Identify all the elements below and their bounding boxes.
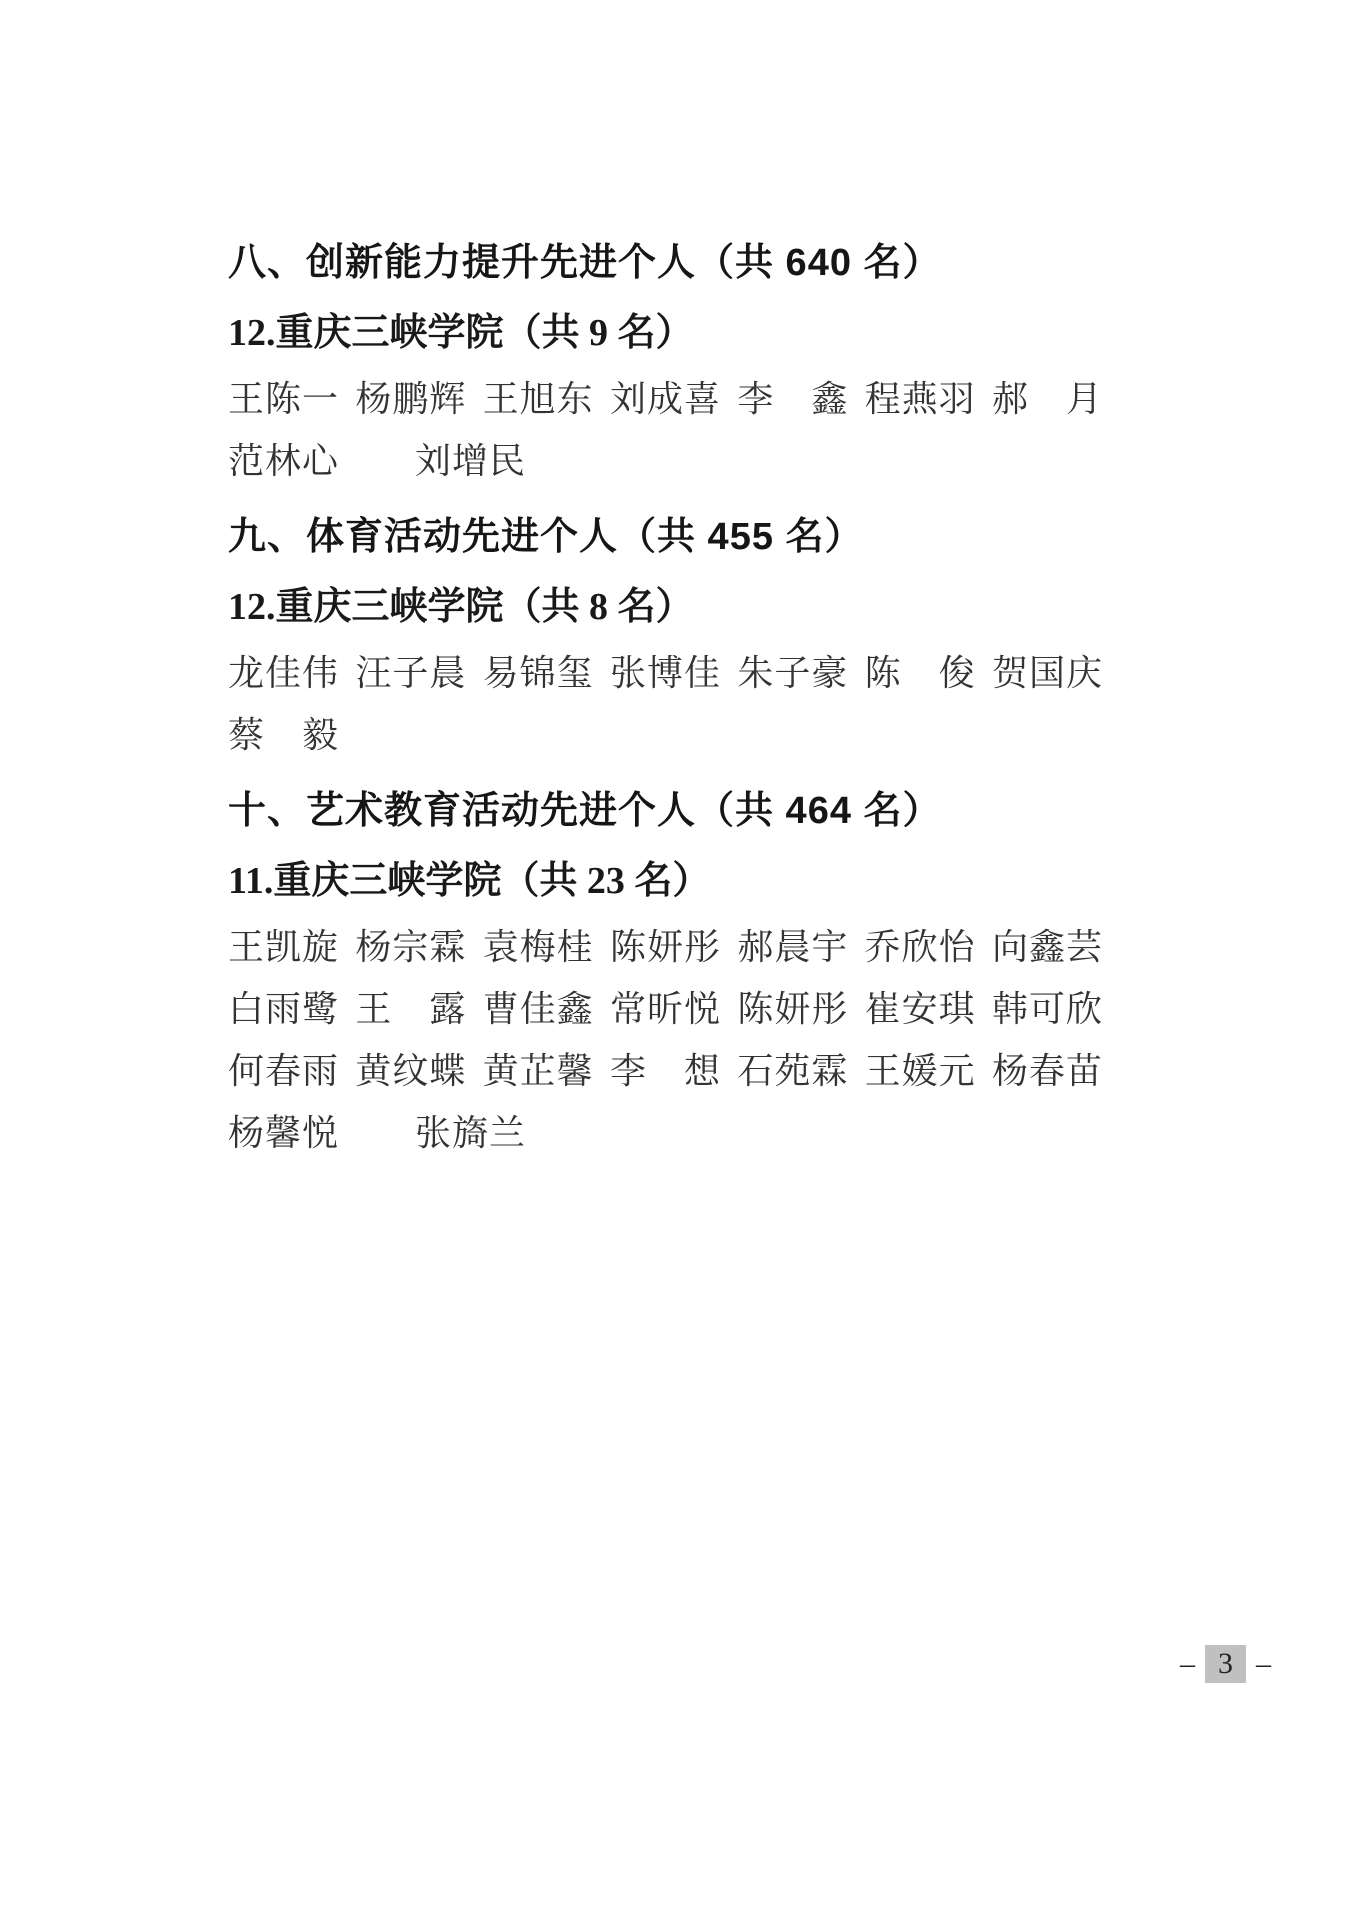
- person-name: 向鑫芸: [992, 916, 1103, 978]
- person-name: 杨鹏辉: [355, 368, 466, 430]
- person-name: 程燕羽: [865, 368, 976, 430]
- name-row: 王凯旋杨宗霖袁梅桂陈妍彤郝晨宇乔欣怡向鑫芸: [228, 916, 1103, 978]
- person-name: 韩可欣: [992, 978, 1103, 1040]
- person-name: 白雨鹭: [228, 978, 339, 1040]
- person-name: 陈妍彤: [737, 978, 848, 1040]
- person-name: 黄芷馨: [483, 1040, 594, 1102]
- person-name: 杨春苗: [992, 1040, 1103, 1102]
- name-row: 杨馨悦张旖兰: [228, 1102, 1103, 1164]
- person-name: 王陈一: [228, 368, 339, 430]
- person-name: 龙佳伟: [228, 642, 339, 704]
- section-subheading: 12.重庆三峡学院（共 8 名）: [228, 572, 1103, 642]
- page-number-dash-left: –: [1180, 1647, 1195, 1681]
- section-subheading: 12.重庆三峡学院（共 9 名）: [228, 298, 1103, 368]
- person-name: 崔安琪: [865, 978, 976, 1040]
- person-name: 杨馨悦: [228, 1102, 339, 1164]
- person-name: 范林心: [228, 430, 339, 492]
- name-row: 王陈一杨鹏辉王旭东刘成喜李 鑫程燕羽郝 月: [228, 368, 1103, 430]
- person-name: 王 露: [355, 978, 466, 1040]
- person-name: 汪子晨: [355, 642, 466, 704]
- person-name: 何春雨: [228, 1040, 339, 1102]
- name-row: 何春雨黄纹蝶黄芷馨李 想石苑霖王媛元杨春苗: [228, 1040, 1103, 1102]
- person-name: 杨宗霖: [355, 916, 466, 978]
- section-heading: 八、创新能力提升先进个人（共 640 名）: [228, 228, 1103, 298]
- page-number: – 3 –: [1180, 1645, 1271, 1683]
- person-name: 易锦玺: [483, 642, 594, 704]
- name-row: 范林心刘增民: [228, 430, 1103, 492]
- name-row: 龙佳伟汪子晨易锦玺张博佳朱子豪陈 俊贺国庆: [228, 642, 1103, 704]
- person-name: 袁梅桂: [483, 916, 594, 978]
- person-name: 朱子豪: [737, 642, 848, 704]
- person-name: 张旖兰: [415, 1102, 526, 1164]
- person-name: 陈 俊: [865, 642, 976, 704]
- person-name: 蔡 毅: [228, 704, 339, 766]
- section-heading: 十、艺术教育活动先进个人（共 464 名）: [228, 776, 1103, 846]
- person-name: 贺国庆: [992, 642, 1103, 704]
- person-name: 王凯旋: [228, 916, 339, 978]
- person-name: 张博佳: [610, 642, 721, 704]
- person-name: 郝 月: [992, 368, 1103, 430]
- person-name: 李 鑫: [737, 368, 848, 430]
- person-name: 王媛元: [865, 1040, 976, 1102]
- person-name: 陈妍彤: [610, 916, 721, 978]
- page-number-dash-right: –: [1256, 1647, 1271, 1681]
- page-number-value: 3: [1205, 1645, 1246, 1683]
- section-subheading: 11.重庆三峡学院（共 23 名）: [228, 846, 1103, 916]
- person-name: 李 想: [610, 1040, 721, 1102]
- person-name: 常昕悦: [610, 978, 721, 1040]
- section-heading: 九、体育活动先进个人（共 455 名）: [228, 502, 1103, 572]
- section-innovation: 八、创新能力提升先进个人（共 640 名） 12.重庆三峡学院（共 9 名） 王…: [228, 228, 1103, 492]
- person-name: 刘成喜: [610, 368, 721, 430]
- document-page: 八、创新能力提升先进个人（共 640 名） 12.重庆三峡学院（共 9 名） 王…: [0, 0, 1351, 1911]
- section-sports: 九、体育活动先进个人（共 455 名） 12.重庆三峡学院（共 8 名） 龙佳伟…: [228, 502, 1103, 766]
- document-content: 八、创新能力提升先进个人（共 640 名） 12.重庆三峡学院（共 9 名） 王…: [228, 228, 1103, 1164]
- section-art-education: 十、艺术教育活动先进个人（共 464 名） 11.重庆三峡学院（共 23 名） …: [228, 776, 1103, 1164]
- name-row: 白雨鹭王 露曹佳鑫常昕悦陈妍彤崔安琪韩可欣: [228, 978, 1103, 1040]
- person-name: 乔欣怡: [865, 916, 976, 978]
- person-name: 郝晨宇: [737, 916, 848, 978]
- person-name: 刘增民: [415, 430, 526, 492]
- person-name: 黄纹蝶: [355, 1040, 466, 1102]
- person-name: 王旭东: [483, 368, 594, 430]
- person-name: 石苑霖: [737, 1040, 848, 1102]
- person-name: 曹佳鑫: [483, 978, 594, 1040]
- name-row: 蔡 毅: [228, 704, 1103, 766]
